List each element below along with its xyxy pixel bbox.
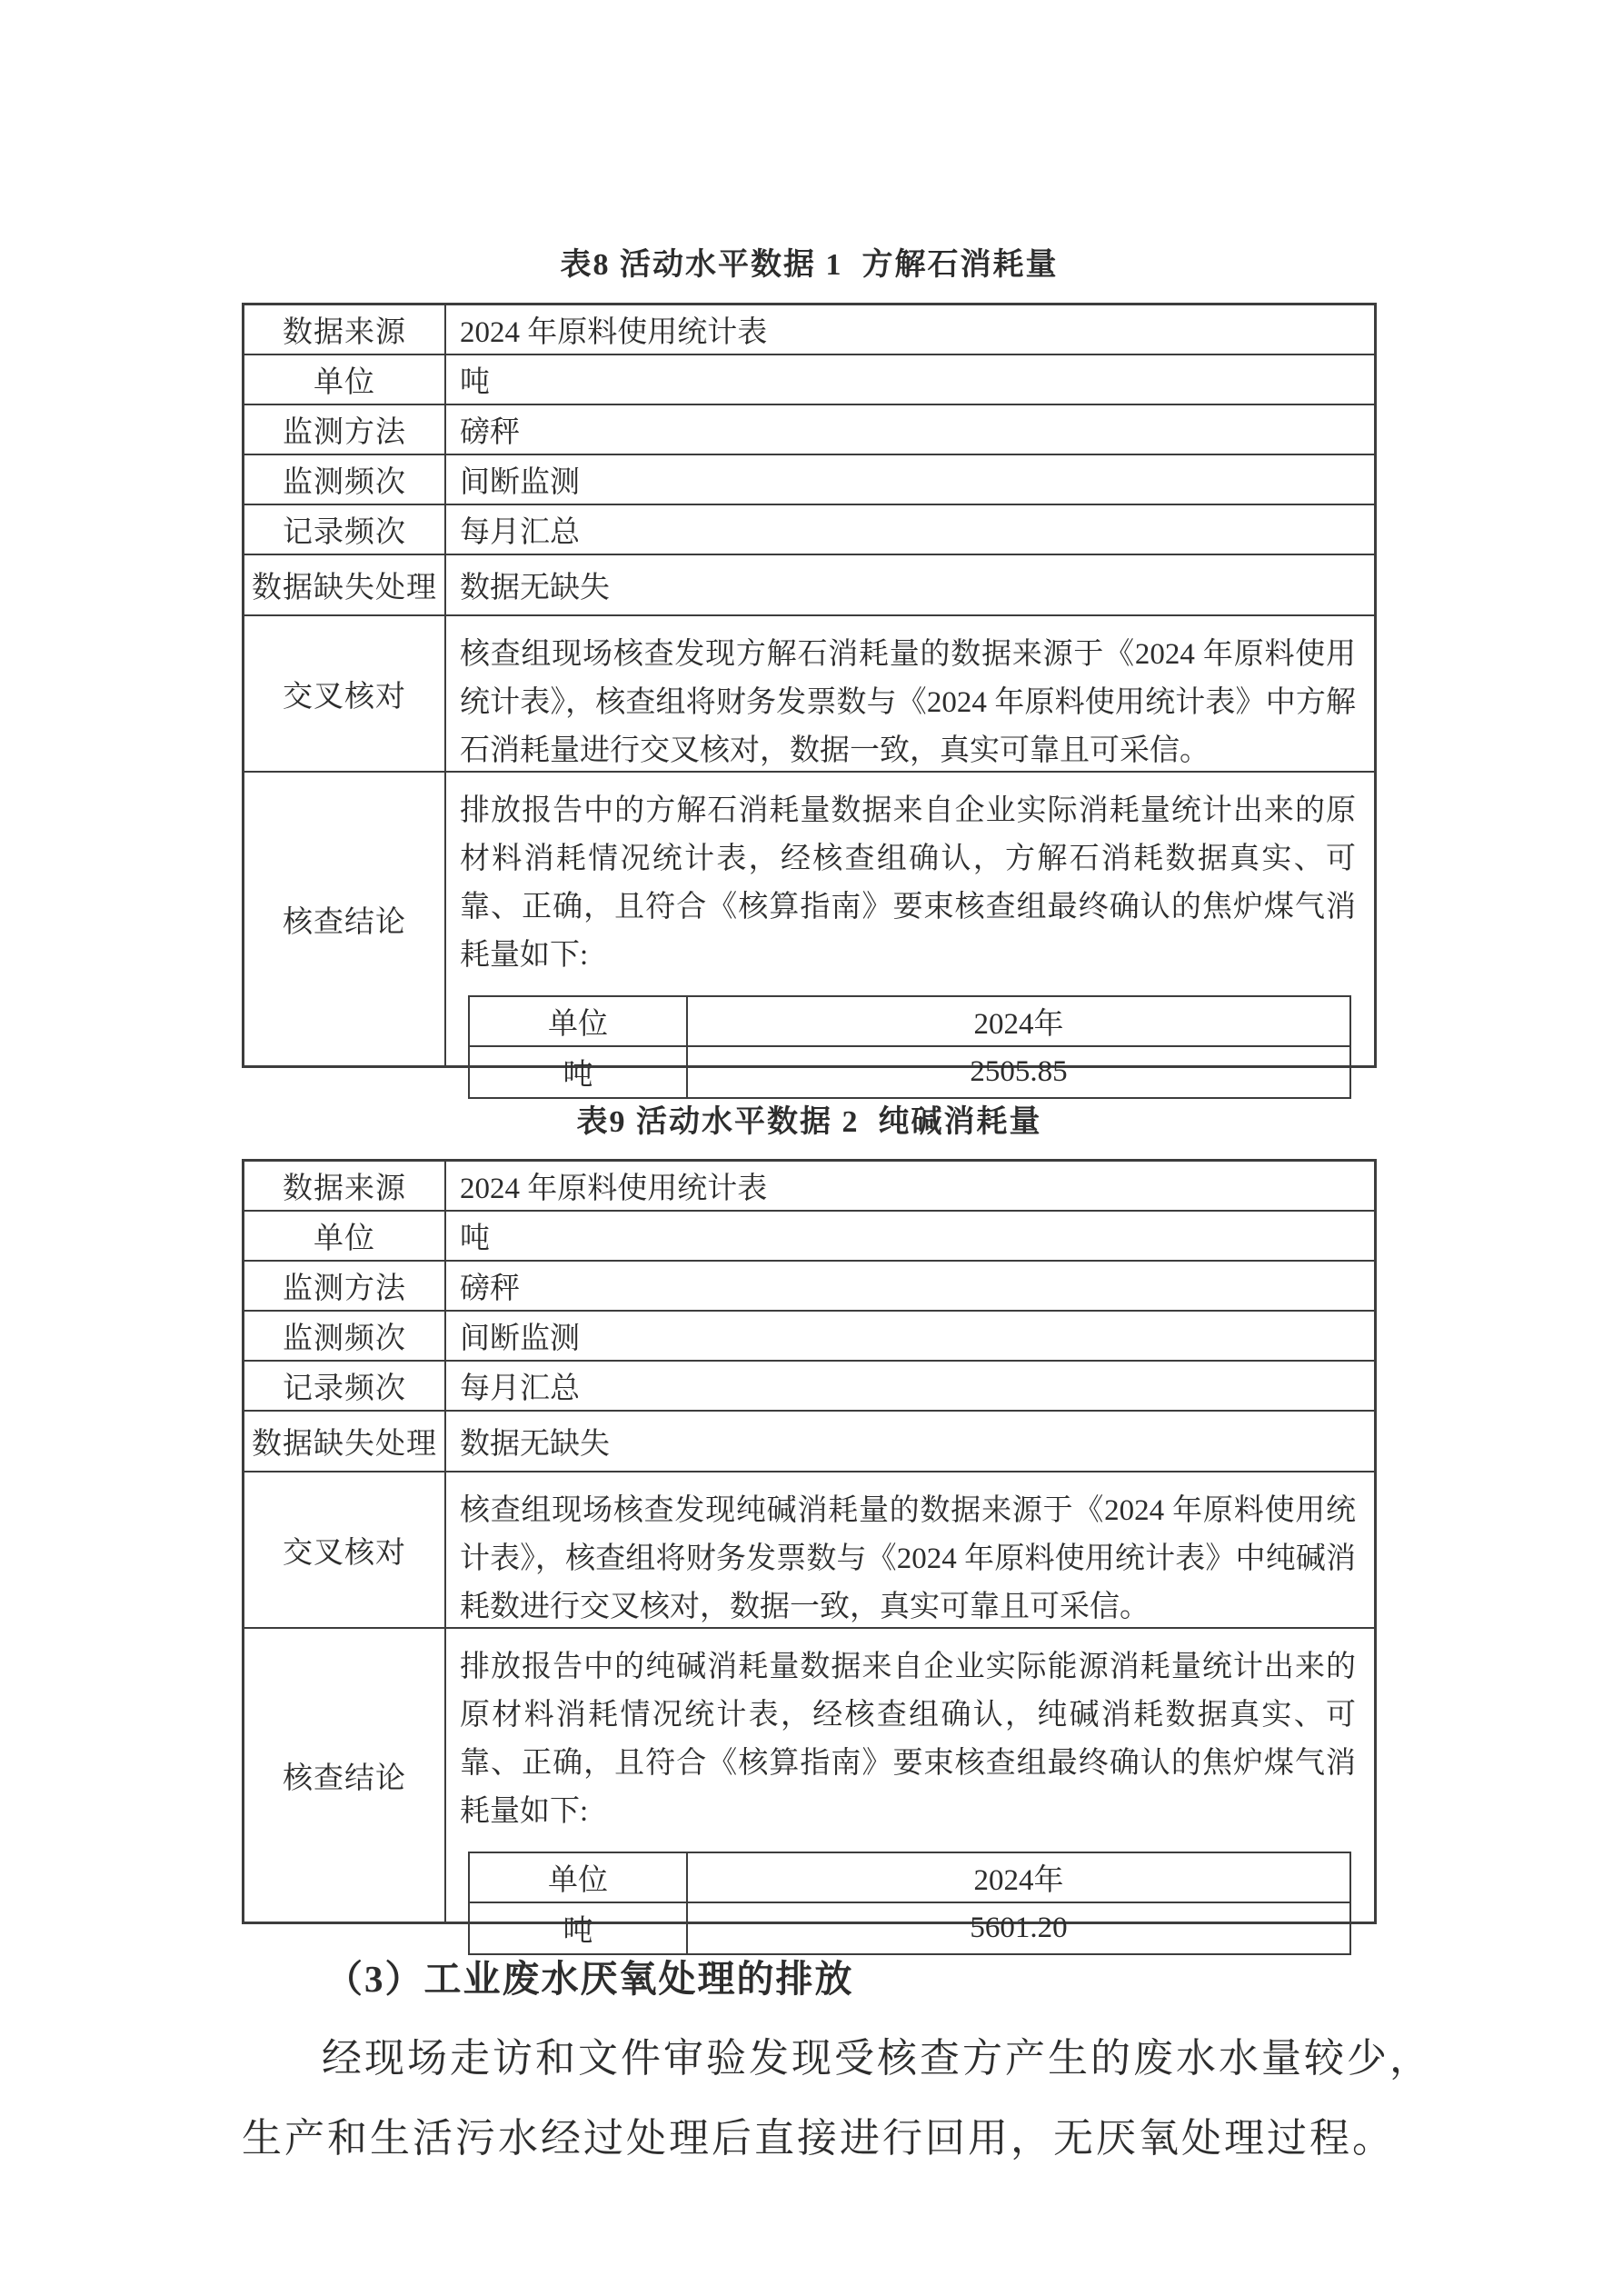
table-row: 数据缺失处理 数据无缺失 bbox=[244, 555, 1374, 616]
table9: 数据来源 2024 年原料使用统计表 单位 吨 监测方法 磅秤 监测频次 间断监… bbox=[242, 1159, 1377, 1924]
cross-check-text: 核查组现场核查发现方解石消耗量的数据来源于《2024 年原料使用统计表》，核查组… bbox=[460, 616, 1356, 775]
inner-header-label: 单位 bbox=[470, 1853, 688, 1902]
table-row: 单位 2024年 bbox=[470, 997, 1349, 1047]
row-value: 间断监测 bbox=[446, 455, 1374, 504]
paragraph-line-2: 生产和生活污水经过处理后直接进行回用，无厌氧处理过程。 bbox=[242, 2099, 1377, 2179]
table8: 数据来源 2024 年原料使用统计表 单位 吨 监测方法 磅秤 监测频次 间断监… bbox=[242, 303, 1377, 1068]
row-value: 2024 年原料使用统计表 bbox=[446, 305, 1374, 354]
table-row: 记录频次 每月汇总 bbox=[244, 505, 1374, 555]
section-heading: （3）工业废水厌氧处理的排放 bbox=[242, 1953, 1377, 2004]
inner-value: 5601.20 bbox=[688, 1903, 1349, 1953]
row-value: 吨 bbox=[446, 1212, 1374, 1260]
row-label: 单位 bbox=[244, 355, 446, 404]
row-label: 记录频次 bbox=[244, 1362, 446, 1410]
row-value: 核查组现场核查发现纯碱消耗量的数据来源于《2024 年原料使用统计表》，核查组将… bbox=[446, 1472, 1374, 1627]
cross-check-row: 交叉核对 核查组现场核查发现方解石消耗量的数据来源于《2024 年原料使用统计表… bbox=[244, 616, 1374, 773]
row-label: 核查结论 bbox=[244, 1629, 446, 1922]
row-value: 磅秤 bbox=[446, 1262, 1374, 1310]
row-value: 每月汇总 bbox=[446, 505, 1374, 554]
table-row: 数据来源 2024 年原料使用统计表 bbox=[244, 1162, 1374, 1212]
inner-unit: 吨 bbox=[470, 1903, 688, 1953]
row-value: 每月汇总 bbox=[446, 1362, 1374, 1410]
table8-title: 表8 活动水平数据 1 方解石消耗量 bbox=[242, 244, 1377, 287]
row-value: 排放报告中的纯碱消耗量数据来自企业实际能源消耗量统计出来的原材料消耗情况统计表，… bbox=[446, 1629, 1374, 1922]
row-label: 监测方法 bbox=[244, 405, 446, 454]
inner-header-label: 单位 bbox=[470, 997, 688, 1045]
table-row: 监测频次 间断监测 bbox=[244, 455, 1374, 505]
row-label: 数据来源 bbox=[244, 1162, 446, 1210]
document-page: 表8 活动水平数据 1 方解石消耗量 数据来源 2024 年原料使用统计表 单位… bbox=[0, 0, 1623, 2296]
row-label: 数据缺失处理 bbox=[244, 555, 446, 614]
cross-check-row: 交叉核对 核查组现场核查发现纯碱消耗量的数据来源于《2024 年原料使用统计表》… bbox=[244, 1472, 1374, 1629]
inner-header-value: 2024年 bbox=[688, 1853, 1349, 1902]
row-label: 监测频次 bbox=[244, 1312, 446, 1360]
conclusion-row: 核查结论 排放报告中的方解石消耗量数据来自企业实际消耗量统计出来的原材料消耗情况… bbox=[244, 773, 1374, 1065]
table-row: 单位 吨 bbox=[244, 1212, 1374, 1262]
table-row: 单位 2024年 bbox=[470, 1853, 1349, 1903]
row-value: 数据无缺失 bbox=[446, 555, 1374, 614]
conclusion-inner-table: 单位 2024年 吨 2505.85 bbox=[468, 995, 1351, 1099]
table-row: 单位 吨 bbox=[244, 355, 1374, 405]
row-label: 交叉核对 bbox=[244, 616, 446, 771]
row-label: 核查结论 bbox=[244, 773, 446, 1065]
row-value: 吨 bbox=[446, 355, 1374, 404]
table-row: 监测方法 磅秤 bbox=[244, 1262, 1374, 1312]
table-row: 监测方法 磅秤 bbox=[244, 405, 1374, 455]
row-label: 单位 bbox=[244, 1212, 446, 1260]
row-value: 间断监测 bbox=[446, 1312, 1374, 1360]
row-value: 数据无缺失 bbox=[446, 1412, 1374, 1471]
document-content: 表8 活动水平数据 1 方解石消耗量 数据来源 2024 年原料使用统计表 单位… bbox=[242, 0, 1377, 2179]
row-label: 监测频次 bbox=[244, 455, 446, 504]
table-row: 记录频次 每月汇总 bbox=[244, 1362, 1374, 1412]
row-label: 交叉核对 bbox=[244, 1472, 446, 1627]
row-label: 数据来源 bbox=[244, 305, 446, 354]
cross-check-text: 核查组现场核查发现纯碱消耗量的数据来源于《2024 年原料使用统计表》，核查组将… bbox=[460, 1472, 1356, 1632]
inner-unit: 吨 bbox=[470, 1047, 688, 1097]
row-value: 核查组现场核查发现方解石消耗量的数据来源于《2024 年原料使用统计表》，核查组… bbox=[446, 616, 1374, 771]
row-label: 监测方法 bbox=[244, 1262, 446, 1310]
conclusion-text: 排放报告中的方解石消耗量数据来自企业实际消耗量统计出来的原材料消耗情况统计表，经… bbox=[460, 773, 1356, 980]
table9-title: 表9 活动水平数据 2 纯碱消耗量 bbox=[242, 1101, 1377, 1144]
row-value: 磅秤 bbox=[446, 405, 1374, 454]
table-row: 吨 2505.85 bbox=[470, 1047, 1349, 1097]
table-row: 数据来源 2024 年原料使用统计表 bbox=[244, 305, 1374, 355]
row-value: 2024 年原料使用统计表 bbox=[446, 1162, 1374, 1210]
row-label: 记录频次 bbox=[244, 505, 446, 554]
conclusion-text: 排放报告中的纯碱消耗量数据来自企业实际能源消耗量统计出来的原材料消耗情况统计表，… bbox=[460, 1629, 1356, 1836]
row-value: 排放报告中的方解石消耗量数据来自企业实际消耗量统计出来的原材料消耗情况统计表，经… bbox=[446, 773, 1374, 1065]
conclusion-row: 核查结论 排放报告中的纯碱消耗量数据来自企业实际能源消耗量统计出来的原材料消耗情… bbox=[244, 1629, 1374, 1922]
inner-value: 2505.85 bbox=[688, 1047, 1349, 1097]
paragraph-line-1: 经现场走访和文件审验发现受核查方产生的废水水量较少， bbox=[242, 2019, 1377, 2099]
row-label: 数据缺失处理 bbox=[244, 1412, 446, 1471]
table-row: 数据缺失处理 数据无缺失 bbox=[244, 1412, 1374, 1472]
table-row: 吨 5601.20 bbox=[470, 1903, 1349, 1953]
inner-header-value: 2024年 bbox=[688, 997, 1349, 1045]
conclusion-inner-table: 单位 2024年 吨 5601.20 bbox=[468, 1852, 1351, 1955]
table-row: 监测频次 间断监测 bbox=[244, 1312, 1374, 1362]
